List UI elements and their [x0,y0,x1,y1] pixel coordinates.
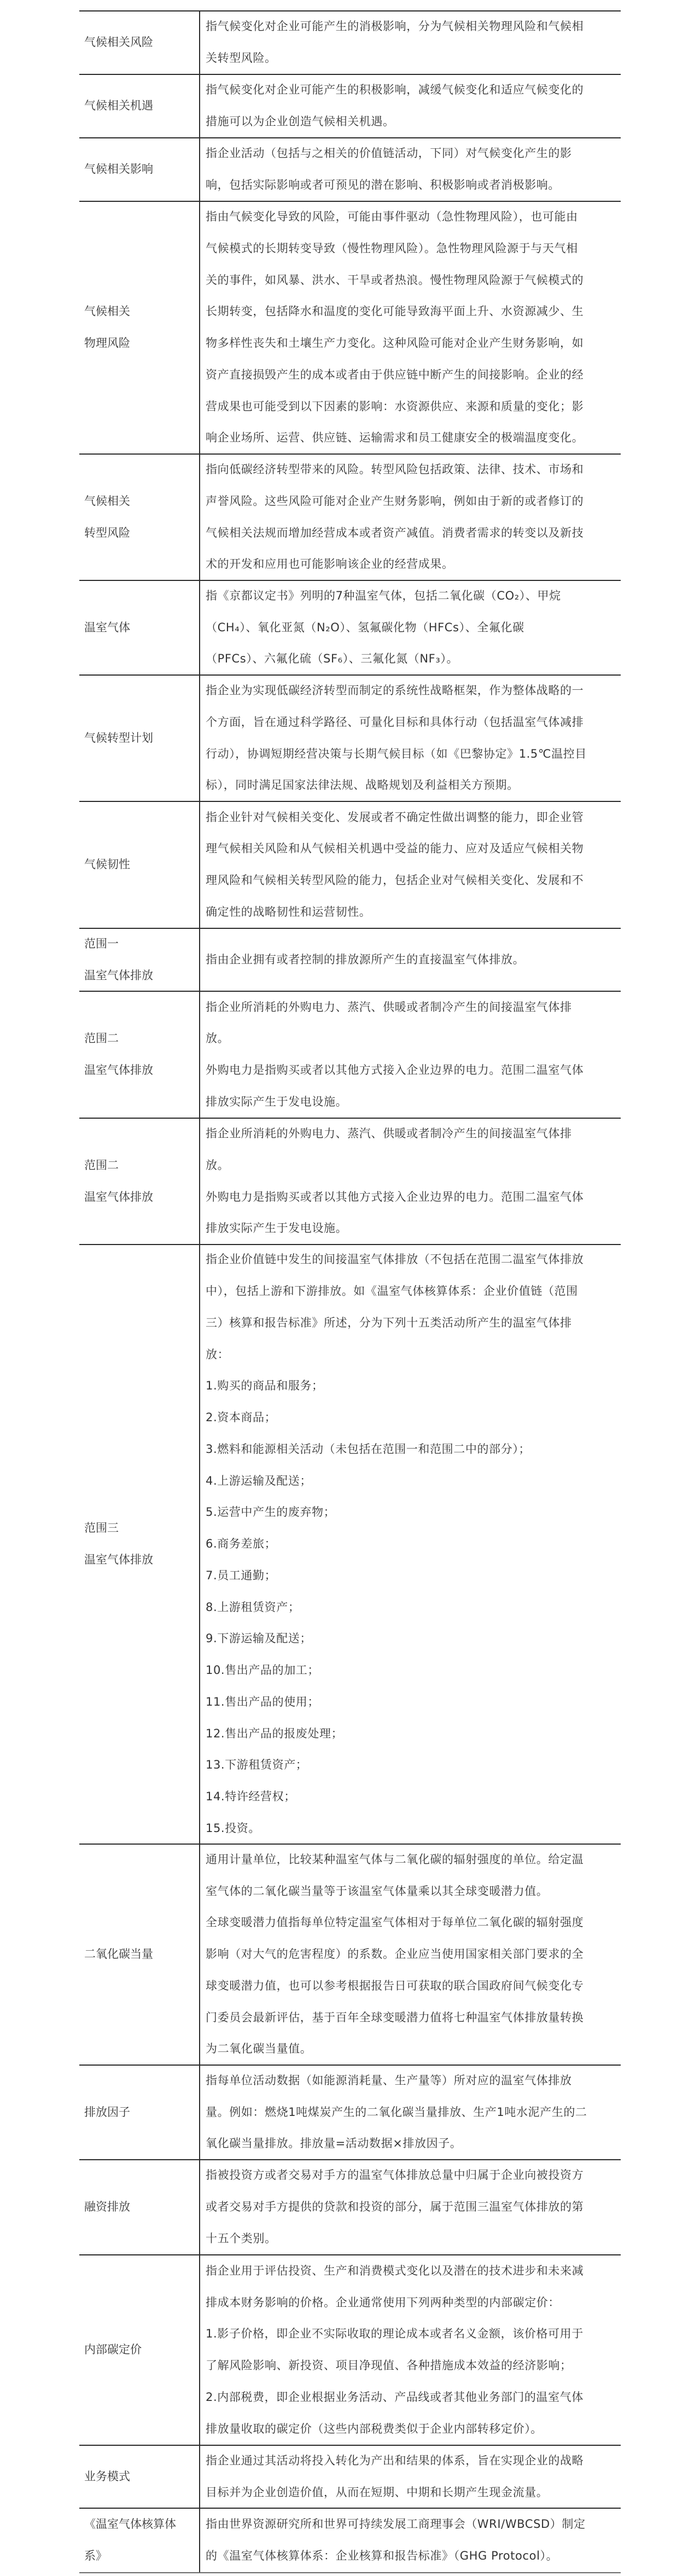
glossary-row: 范围三温室气体排放指企业价值链中发生的间接温室气体排放（不包括在范围二温室气体排… [79,1245,621,1845]
term-cell: 排放因子 [79,2066,200,2159]
glossary-row: 范围二温室气体排放指企业所消耗的外购电力、蒸汽、供暖或者制冷产生的间接温室气体排… [79,1119,621,1245]
definition-line: 或者交易对手方提供的贷款和投资的部分，属于范围三温室气体排放的第 [206,2191,616,2223]
definition-cell: 指企业通过其活动将投入转化为产出和结果的体系，旨在实现企业的战略目标并为企业创造… [200,2446,621,2508]
term-cell: 气候转型计划 [79,676,200,801]
definition-cell: 指企业所消耗的外购电力、蒸汽、供暖或者制冷产生的间接温室气体排放。外购电力是指购… [200,1119,621,1244]
definition-line: 指企业活动（包括与之相关的价值链活动，下同）对气候变化产生的影 [206,138,616,170]
definition-line: 气候相关法规而增加经营成本或者资产减值。消费者需求的转变以及新技 [206,517,616,549]
definition-line: 理气候相关风险和从气候相关机遇中受益的能力、应对及适应气候相关物 [206,833,616,865]
term-cell: 《温室气体核算体系》 [79,2509,200,2572]
term-label: 气候相关影响 [84,154,197,185]
definition-line: 9.下游运输及配送； [206,1623,616,1655]
definition-line: 指被投资方或者交易对手方的温室气体排放总量中归属于企业向被投资方 [206,2160,616,2191]
definition-line: 4.上游运输及配送； [206,1466,616,1497]
definition-line: 指《京都议定书》列明的7种温室气体，包括二氧化碳（CO₂）、甲烷 [206,580,616,612]
glossary-row: 气候相关转型风险指向低碳经济转型带来的风险。转型风险包括政策、法律、技术、市场和… [79,455,621,581]
definition-line: 排放实际产生于发电设施。 [206,1213,616,1245]
definition-line: 响企业场所、运营、供应链、运输需求和员工健康安全的极端温度变化。 [206,422,616,454]
term-cell: 气候韧性 [79,802,200,928]
glossary-row: 业务模式指企业通过其活动将投入转化为产出和结果的体系，旨在实现企业的战略目标并为… [79,2446,621,2509]
term-label: 融资排放 [84,2191,197,2223]
definition-line: 行动），协调短期经营决策与长期气候目标（如《巴黎协定》1.5℃温控目 [206,739,616,770]
term-label: 范围二 [84,1150,197,1182]
definition-cell: 指企业为实现低碳经济转型而制定的系统性战略框架，作为整体战略的一个方面，旨在通过… [200,676,621,801]
definition-cell: 指企业所消耗的外购电力、蒸汽、供暖或者制冷产生的间接温室气体排放。外购电力是指购… [200,992,621,1118]
term-label: 温室气体排放 [84,1182,197,1213]
term-cell: 气候相关影响 [79,138,200,201]
definition-line: 10.售出产品的加工； [206,1655,616,1687]
definition-line: 气候模式的长期转变导致（慢性物理风险）。急性物理风险源于与天气相 [206,233,616,265]
definition-line: 外购电力是指购买或者以其他方式接入企业边界的电力。范围二温室气体 [206,1182,616,1213]
definition-line: 三）核算和报告标准》所述，分为下列十五类活动所产生的温室气体排 [206,1307,616,1339]
definition-line: 声誉风险。这些风险可能对企业产生财务影响，例如由于新的或者修订的 [206,486,616,517]
definition-line: 2.资本商品； [206,1402,616,1434]
definition-line: 放： [206,1339,616,1371]
glossary-row: 气候相关风险指气候变化对企业可能产生的消极影响，分为气候相关物理风险和气候相关转… [79,11,621,75]
glossary-row: 气候转型计划指企业为实现低碳经济转型而制定的系统性战略框架，作为整体战略的一个方… [79,676,621,802]
definition-line: 量。例如：燃烧1吨煤炭产生的二氧化碳当量排放、生产1吨水泥产生的二 [206,2097,616,2129]
definition-line: （PFCs）、六氟化硫（SF₆）、三氟化氮（NF₃）。 [206,643,616,675]
term-label: 物理风险 [84,328,197,359]
definition-line: 术的开发和应用也可能影响该企业的经营成果。 [206,549,616,580]
definition-cell: 指企业针对气候相关变化、发展或者不确定性做出调整的能力，即企业管理气候相关风险和… [200,802,621,928]
term-label: 排放因子 [84,2097,197,2129]
glossary-row: 气候相关影响指企业活动（包括与之相关的价值链活动，下同）对气候变化产生的影响，包… [79,138,621,202]
definition-line: 个方面，旨在通过科学路径、可量化目标和具体行动（包括温室气体减排 [206,707,616,739]
definition-cell: 指气候变化对企业可能产生的消极影响，分为气候相关物理风险和气候相关转型风险。 [200,11,621,74]
definition-line: 物多样性丧失和土壤生产力变化。这种风险可能对企业产生财务影响，如 [206,328,616,359]
term-cell: 融资排放 [79,2160,200,2254]
definition-cell: 指每单位活动数据（如能源消耗量、生产量等）所对应的温室气体排放量。例如：燃烧1吨… [200,2066,621,2159]
definition-cell: 指由企业拥有或者控制的排放源所产生的直接温室气体排放。 [200,929,621,991]
definition-line: 指企业所消耗的外购电力、蒸汽、供暖或者制冷产生的间接温室气体排 [206,992,616,1024]
term-label: 气候转型计划 [84,723,197,754]
term-label: 温室气体排放 [84,1544,197,1576]
definition-line: 指企业针对气候相关变化、发展或者不确定性做出调整的能力，即企业管 [206,802,616,834]
definition-cell: 指企业价值链中发生的间接温室气体排放（不包括在范围二温室气体排放中），包括上游和… [200,1245,621,1844]
term-cell: 气候相关转型风险 [79,455,200,580]
glossary-table: 气候相关风险指气候变化对企业可能产生的消极影响，分为气候相关物理风险和气候相关转… [79,10,621,2573]
term-label: 温室气体排放 [84,1055,197,1086]
definition-line: 指气候变化对企业可能产生的积极影响，减缓气候变化和适应气候变化的 [206,74,616,106]
definition-line: 中），包括上游和下游排放。如《温室气体核算体系：企业价值链（范围 [206,1276,616,1307]
definition-cell: 指企业活动（包括与之相关的价值链活动，下同）对气候变化产生的影响，包括实际影响或… [200,138,621,201]
term-label: 业务模式 [84,2461,197,2493]
term-cell: 气候相关机遇 [79,75,200,137]
definition-line: 3.燃料和能源相关活动（未包括在范围一和范围二中的部分）； [206,1434,616,1466]
definition-line: （CH₄）、氧化亚氮（N₂O）、氢氟碳化物（HFCs）、全氟化碳 [206,612,616,644]
definition-line: 的《温室气体核算体系：企业核算和报告标准》（GHG Protocol）。 [206,2540,616,2572]
definition-line: 指由气候变化导致的风险，可能由事件驱动（急性物理风险），也可能由 [206,201,616,233]
term-label: 温室气体 [84,612,197,644]
definition-line: 1.购买的商品和服务； [206,1370,616,1402]
definition-line: 指企业通过其活动将投入转化为产出和结果的体系，旨在实现企业的战略 [206,2445,616,2477]
glossary-row: 气候相关物理风险指由气候变化导致的风险，可能由事件驱动（急性物理风险），也可能由… [79,202,621,455]
definition-line: 5.运营中产生的废弃物； [206,1497,616,1528]
term-label: 气候韧性 [84,849,197,881]
glossary-row: 融资排放指被投资方或者交易对手方的温室气体排放总量中归属于企业向被投资方或者交易… [79,2160,621,2255]
term-label: 《温室气体核算体 [84,2509,197,2540]
definition-line: 长期转变，包括降水和温度的变化可能导致海平面上升、水资源减少、生 [206,296,616,328]
glossary-row: 二氧化碳当量通用计量单位，比较某种温室气体与二氧化碳的辐射强度的单位。给定温室气… [79,1845,621,2066]
term-cell: 内部碳定价 [79,2255,200,2445]
term-cell: 二氧化碳当量 [79,1845,200,2065]
term-cell: 温室气体 [79,581,200,674]
term-label: 范围一 [84,928,197,960]
term-cell: 范围二温室气体排放 [79,1119,200,1244]
definition-line: 指企业用于评估投资、生产和消费模式变化以及潜在的技术进步和未来减 [206,2255,616,2287]
glossary-row: 温室气体指《京都议定书》列明的7种温室气体，包括二氧化碳（CO₂）、甲烷（CH₄… [79,581,621,676]
definition-line: 门委员会最新评估，基于百年全球变暖潜力值将七种温室气体排放量转换 [206,2002,616,2034]
definition-line: 指由企业拥有或者控制的排放源所产生的直接温室气体排放。 [206,944,616,976]
definition-line: 7.员工通勤； [206,1560,616,1592]
definition-line: 确定性的战略韧性和运营韧性。 [206,897,616,928]
definition-line: 措施可以为企业创造气候相关机遇。 [206,106,616,138]
definition-line: 关转型风险。 [206,43,616,74]
term-cell: 业务模式 [79,2446,200,2508]
term-cell: 范围三温室气体排放 [79,1245,200,1844]
glossary-row: 气候韧性指企业针对气候相关变化、发展或者不确定性做出调整的能力，即企业管理气候相… [79,802,621,929]
definition-line: 了解风险影响、新投资、项目净现值、各种措施成本效益的经济影响； [206,2350,616,2382]
definition-line: 指企业为实现低碳经济转型而制定的系统性战略框架，作为整体战略的一 [206,675,616,707]
definition-line: 影响（对大气的危害程度）的系数。企业应当使用国家相关部门要求的全 [206,1939,616,1970]
definition-line: 理风险和气候相关转型风险的能力，包括企业对气候相关变化、发展和不 [206,865,616,897]
definition-cell: 指向低碳经济转型带来的风险。转型风险包括政策、法律、技术、市场和声誉风险。这些风… [200,455,621,580]
definition-line: 外购电力是指购买或者以其他方式接入企业边界的电力。范围二温室气体 [206,1055,616,1086]
term-label: 内部碳定价 [84,2334,197,2366]
definition-line: 为二氧化碳当量值。 [206,2033,616,2065]
definition-line: 11.售出产品的使用； [206,1687,616,1718]
term-label: 温室气体排放 [84,960,197,992]
term-cell: 范围二温室气体排放 [79,992,200,1118]
definition-line: 排放实际产生于发电设施。 [206,1086,616,1118]
term-label: 气候相关 [84,296,197,328]
term-label: 范围二 [84,1023,197,1055]
definition-line: 指每单位活动数据（如能源消耗量、生产量等）所对应的温室气体排放 [206,2065,616,2097]
glossary-row: 内部碳定价指企业用于评估投资、生产和消费模式变化以及潜在的技术进步和未来减排成本… [79,2255,621,2446]
definition-cell: 指由气候变化导致的风险，可能由事件驱动（急性物理风险），也可能由气候模式的长期转… [200,202,621,453]
definition-line: 标），同时满足国家法律法规、战略规划及利益相关方预期。 [206,770,616,801]
definition-cell: 指被投资方或者交易对手方的温室气体排放总量中归属于企业向被投资方或者交易对手方提… [200,2160,621,2254]
definition-line: 指企业价值链中发生的间接温室气体排放（不包括在范围二温室气体排放 [206,1244,616,1276]
definition-line: 资产直接损毁产生的成本或者由于供应链中断产生的间接影响。企业的经 [206,359,616,391]
definition-line: 排放量收取的碳定价（这些内部税费类似于企业内部转移定价）。 [206,2414,616,2445]
glossary-row: 范围一温室气体排放指由企业拥有或者控制的排放源所产生的直接温室气体排放。 [79,929,621,992]
definition-line: 14.特许经营权； [206,1781,616,1813]
definition-line: 12.售出产品的报废处理； [206,1718,616,1750]
definition-line: 响，包括实际影响或者可预见的潜在影响、积极影响或者消极影响。 [206,170,616,201]
definition-cell: 指《京都议定书》列明的7种温室气体，包括二氧化碳（CO₂）、甲烷（CH₄）、氧化… [200,581,621,674]
definition-line: 13.下游租赁资产； [206,1749,616,1781]
definition-line: 全球变暖潜力值指每单位特定温室气体相对于每单位二氧化碳的辐射强度 [206,1907,616,1939]
term-label: 气候相关机遇 [84,90,197,122]
glossary-row: 排放因子指每单位活动数据（如能源消耗量、生产量等）所对应的温室气体排放量。例如：… [79,2066,621,2160]
definition-line: 排成本财务影响的价格。企业通常使用下列两种类型的内部碳定价： [206,2287,616,2319]
definition-line: 6.商务差旅； [206,1528,616,1560]
glossary-row: 范围二温室气体排放指企业所消耗的外购电力、蒸汽、供暖或者制冷产生的间接温室气体排… [79,992,621,1119]
definition-line: 室气体的二氧化碳当量等于该温室气体量乘以其全球变暖潜力值。 [206,1876,616,1908]
definition-line: 氧化碳当量排放。排放量=活动数据×排放因子。 [206,2128,616,2160]
definition-line: 目标并为企业创造价值，从而在短期、中期和长期产生现金流量。 [206,2477,616,2509]
term-cell: 气候相关物理风险 [79,202,200,453]
term-label: 气候相关 [84,486,197,517]
definition-line: 指向低碳经济转型带来的风险。转型风险包括政策、法律、技术、市场和 [206,454,616,486]
term-label: 系》 [84,2540,197,2572]
definition-line: 1.影子价格，即企业不实际收取的理论成本或者名义金额，该价格可用于 [206,2318,616,2350]
glossary-row: 《温室气体核算体系》指由世界资源研究所和世界可持续发展工商理事会（WRI/WBC… [79,2509,621,2573]
term-cell: 气候相关风险 [79,11,200,74]
definition-line: 放。 [206,1150,616,1182]
definition-line: 指气候变化对企业可能产生的消极影响，分为气候相关物理风险和气候相 [206,11,616,43]
definition-line: 15.投资。 [206,1813,616,1845]
definition-line: 放。 [206,1023,616,1055]
definition-line: 球变暖潜力值，也可以参考根据报告日可获取的联合国政府间气候变化专 [206,1970,616,2002]
definition-line: 营成果也可能受到以下因素的影响：水资源供应、来源和质量的变化；影 [206,391,616,423]
definition-cell: 通用计量单位，比较某种温室气体与二氧化碳的辐射强度的单位。给定温室气体的二氧化碳… [200,1845,621,2065]
term-label: 二氧化碳当量 [84,1939,197,1970]
definition-cell: 指气候变化对企业可能产生的积极影响，减缓气候变化和适应气候变化的措施可以为企业创… [200,75,621,137]
definition-cell: 指企业用于评估投资、生产和消费模式变化以及潜在的技术进步和未来减排成本财务影响的… [200,2255,621,2445]
term-label: 气候相关风险 [84,27,197,59]
term-label: 转型风险 [84,517,197,549]
definition-line: 2.内部税费，即企业根据业务活动、产品线或者其他业务部门的温室气体 [206,2382,616,2414]
definition-line: 8.上游租赁资产； [206,1592,616,1624]
definition-line: 通用计量单位，比较某种温室气体与二氧化碳的辐射强度的单位。给定温 [206,1844,616,1876]
definition-line: 十五个类别。 [206,2223,616,2255]
definition-cell: 指由世界资源研究所和世界可持续发展工商理事会（WRI/WBCSD）制定的《温室气… [200,2509,621,2572]
glossary-row: 气候相关机遇指气候变化对企业可能产生的积极影响，减缓气候变化和适应气候变化的措施… [79,75,621,138]
term-label: 范围三 [84,1513,197,1544]
definition-line: 指企业所消耗的外购电力、蒸汽、供暖或者制冷产生的间接温室气体排 [206,1118,616,1150]
term-cell: 范围一温室气体排放 [79,929,200,991]
definition-line: 关的事件，如风暴、洪水、干旱或者热浪。慢性物理风险源于气候模式的 [206,265,616,296]
definition-line: 指由世界资源研究所和世界可持续发展工商理事会（WRI/WBCSD）制定 [206,2509,616,2540]
